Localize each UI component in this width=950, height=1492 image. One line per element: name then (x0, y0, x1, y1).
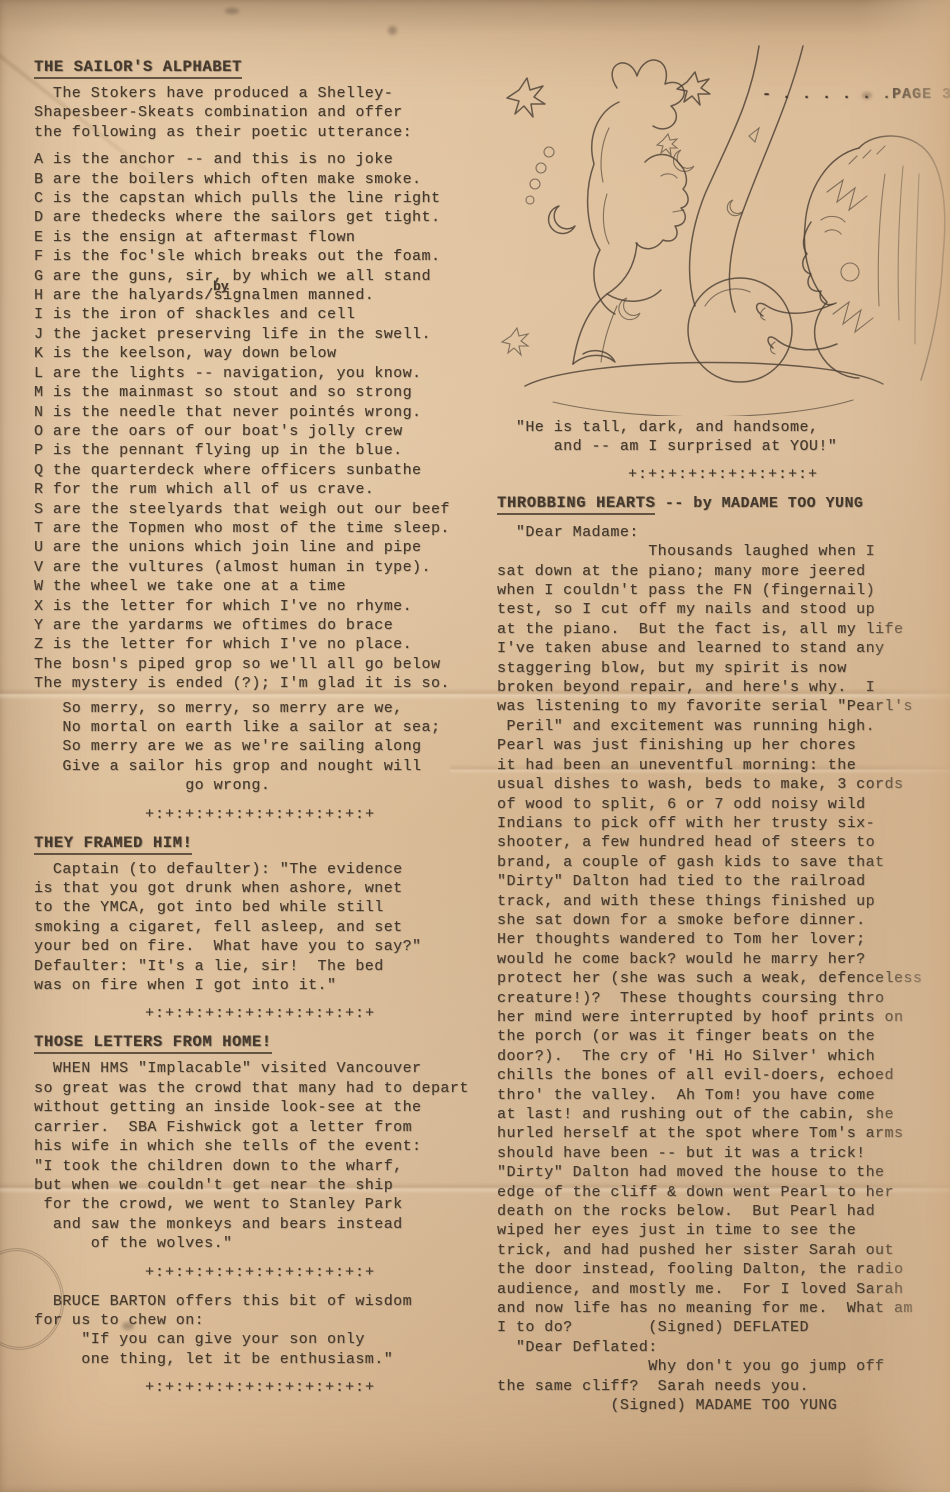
right-column: "He is tall, dark, and handsome, and -- … (497, 44, 949, 1416)
newsletter-page: - . . . . . .PAGE 3 by THE SAILOR'S ALPH… (0, 0, 950, 1492)
alphabet-intro: The Stokers have produced a Shelley-Shap… (34, 84, 486, 142)
typed-line: her mind were interrupted by hoof prints… (497, 1008, 949, 1027)
scarf-zigzag (827, 180, 867, 210)
typed-line: test, so I cut off my nails and stood up (497, 600, 949, 619)
alphabet-chorus: So merry, so merry, so merry are we, No … (34, 699, 486, 796)
typed-line: Y are the yardarms we oftimes do brace (34, 616, 486, 635)
section-throbbing-hearts: THROBBING HEARTS -- by MADAME TOO YUNG "… (497, 494, 949, 1416)
typed-line: when I couldn't pass the FN (fingernail) (497, 581, 949, 600)
typed-line: T are the Topmen who most of the time sl… (34, 519, 486, 538)
typed-line: and -- am I surprised at YOU!" (497, 437, 949, 456)
typed-line: W the wheel we take one at a time (34, 577, 486, 596)
alphabet-poem: A is the anchor -- and this is no jokeB … (34, 150, 486, 693)
typed-line: shooter, a few hundred head of steers to (497, 833, 949, 852)
typed-line: A is the anchor -- and this is no joke (34, 150, 486, 169)
typed-line: Defaulter: "It's a lie, sir! The bed (34, 957, 486, 976)
hearts-body: "Dear Madame: Thousands laughed when Isa… (497, 523, 949, 1416)
typed-line: K is the keelson, way down below (34, 344, 486, 363)
section-title-letters-from-home: THOSE LETTERS FROM HOME! (34, 1033, 272, 1054)
teller-eye (825, 230, 841, 234)
typed-line: The Stokers have produced a Shelley- (34, 84, 486, 103)
typed-line: carrier. SBA Fishwick got a letter from (34, 1118, 486, 1137)
lady-eye (661, 174, 677, 178)
lady-face (636, 155, 688, 249)
typed-line: to the YMCA, got into bed while still (34, 898, 486, 917)
section-bruce-barton: BRUCE BARTON offers this bit of wisdomfo… (34, 1292, 486, 1370)
typed-divider: +:+:+:+:+:+:+:+:+:+:+:+ (34, 1005, 486, 1022)
typed-line: would he come back? would he marry her? (497, 950, 949, 969)
typed-line: L are the lights -- navigation, you know… (34, 364, 486, 383)
typed-line: Give a sailor his grop and nought will (34, 757, 486, 776)
typed-line: V are the vultures (almost human in type… (34, 558, 486, 577)
typed-divider: +:+:+:+:+:+:+:+:+:+:+:+ (34, 1379, 486, 1396)
crystal-ball (688, 278, 792, 382)
letters-body: WHEN HMS "Implacable" visited Vancouvers… (34, 1059, 486, 1253)
lady-hand (573, 351, 615, 364)
typed-line: and saw the monkeys and bears instead (34, 1215, 486, 1234)
typed-line: WHEN HMS "Implacable" visited Vancouver (34, 1059, 486, 1078)
teller-arm (768, 337, 837, 350)
typed-line: I to do? (Signed) DEFLATED (497, 1318, 949, 1337)
typed-line: track, and with these things finished up (497, 892, 949, 911)
lady-bow (612, 60, 684, 129)
typed-line: for the crowd, we went to Stanley Park (34, 1195, 486, 1214)
typed-line: C is the capstan which pulls the line ri… (34, 189, 486, 208)
typed-line: the same cliff? Sarah needs you. (497, 1377, 949, 1396)
typed-line: smoking a cigaret, fell asleep, and set (34, 918, 486, 937)
typed-line: I is the iron of shackles and cell (34, 305, 486, 324)
typed-line: Captain (to defaulter): "The evidence (34, 860, 486, 879)
typed-line: Thousands laughed when I (497, 542, 949, 561)
typed-line: it had been an uneventful morning: the (497, 756, 949, 775)
typed-line: G are the guns, sir, by which we all sta… (34, 267, 486, 286)
typed-line: "Dirty" Dalton had tied to the railroad (497, 872, 949, 891)
section-title-they-framed-him: THEY FRAMED HIM! (34, 834, 192, 855)
typed-divider: +:+:+:+:+:+:+:+:+:+ (497, 466, 949, 483)
typed-line: broken beyond repair, and here's why. I (497, 678, 949, 697)
fortune-teller-cartoon (497, 44, 949, 416)
section-title-throbbing-hearts: THROBBING HEARTS (497, 494, 655, 515)
teller-earring (841, 263, 859, 281)
typed-line: chills the bones of all evil-doers, echo… (497, 1066, 949, 1085)
typed-line: B are the boilers which often make smoke… (34, 170, 486, 189)
typed-line: Why don't you go jump off (497, 1357, 949, 1376)
barton-body: BRUCE BARTON offers this bit of wisdomfo… (34, 1292, 486, 1370)
typed-line: trick, and had pushed her sister Sarah o… (497, 1241, 949, 1260)
typed-line: Q the quarterdeck where officers sunbath… (34, 461, 486, 480)
typed-line: should have been -- but it was a trick! (497, 1144, 949, 1163)
typed-line: J the jacket preserving life in the swel… (34, 325, 486, 344)
typed-line: hurled herself at the spot where Tom's a… (497, 1124, 949, 1143)
typed-line: I've taken abuse and learned to stand an… (497, 639, 949, 658)
bead-chain (526, 147, 554, 204)
typed-line: F is the foc'sle which breaks out the fo… (34, 247, 486, 266)
typed-line: the porch (or was it finger beats on the (497, 1027, 949, 1046)
typed-line: the door instead, fooling Dalton, the ra… (497, 1260, 949, 1279)
star-icon (502, 328, 528, 355)
typed-line: staggering blow, but my spirit is now (497, 659, 949, 678)
typed-line: at last! and rushing out of the cabin, s… (497, 1105, 949, 1124)
typed-line: H are the halyards/signalmen manned. (34, 286, 486, 305)
star-icon (507, 78, 545, 117)
typed-line: "He is tall, dark, and handsome, (497, 418, 949, 437)
typed-line: U are the unions which join line and pip… (34, 538, 486, 557)
typed-line: So merry, so merry, so merry are we, (34, 699, 486, 718)
typed-line: sat down at the piano; many more jeered (497, 562, 949, 581)
ink-smudge (388, 26, 397, 35)
typed-line: (Signed) MADAME TOO YUNG (497, 1396, 949, 1415)
typed-line: at the piano. But the fact is, all my li… (497, 620, 949, 639)
scarf-zigzag (833, 302, 873, 332)
typed-line: E is the ensign at aftermast flown (34, 228, 486, 247)
section-byline: -- by MADAME TOO YUNG (655, 495, 863, 512)
typed-line: Her thoughts wandered to Tom her lover; (497, 930, 949, 949)
typed-line: of wood to split, 6 or 7 odd noisy wild (497, 795, 949, 814)
typed-line: P is the pennant flying up in the blue. (34, 441, 486, 460)
typed-line: R for the rum which all of us crave. (34, 480, 486, 499)
typed-line: of the wolves." (34, 1234, 486, 1253)
typed-line: without getting an inside look-see at th… (34, 1098, 486, 1117)
typed-line: thro' the valley. Ah Tom! you have come (497, 1086, 949, 1105)
section-sailors-alphabet: THE SAILOR'S ALPHABET The Stokers have p… (34, 58, 486, 796)
typed-line: audience, and mostly me. For I loved Sar… (497, 1280, 949, 1299)
typed-line: Peril" and excitement was running high. (497, 717, 949, 736)
typed-line: "I took the children down to the wharf, (34, 1157, 486, 1176)
typed-line: S are the steelyards that weigh out our … (34, 500, 486, 519)
typed-line: "If you can give your son only (34, 1330, 486, 1349)
typed-line: X is the letter for which I've no rhyme. (34, 597, 486, 616)
typed-line: M is the mainmast so stout and so strong (34, 383, 486, 402)
typed-line: edge of the cliff & down went Pearl to h… (497, 1183, 949, 1202)
typed-line: your bed on fire. What have you to say?" (34, 937, 486, 956)
typed-line: one thing, let it be enthusiasm." (34, 1350, 486, 1369)
typed-line: D are thedecks where the sailors get tig… (34, 208, 486, 227)
typed-line: creature!)? These thoughts coursing thro (497, 989, 949, 1008)
lady-hair (588, 102, 619, 314)
typed-line: but when we couldn't get near the ship (34, 1176, 486, 1195)
typed-line: go wrong. (34, 776, 486, 795)
section-title-sailors-alphabet: THE SAILOR'S ALPHABET (34, 58, 242, 79)
typed-line: death on the rocks below. But Pearl had (497, 1202, 949, 1221)
framed-body: Captain (to defaulter): "The evidenceis … (34, 860, 486, 996)
typed-line: Indians to pick off with her trusty six- (497, 814, 949, 833)
star-icon (657, 134, 677, 155)
crescent-moon-icon (549, 206, 575, 234)
ink-smudge (225, 8, 239, 14)
typed-line: Z is the letter for which I've no place. (34, 635, 486, 654)
typed-line: protect her (she was such a weak, defenc… (497, 969, 949, 988)
typed-line: for us to chew on: (34, 1311, 486, 1330)
typed-line: usual dishes to wash, beds to make, 3 co… (497, 775, 949, 794)
drape (690, 46, 759, 306)
typed-line: O are the oars of our boat's jolly crew (34, 422, 486, 441)
top-edge-smudge (0, 0, 950, 34)
typed-line: door?). The cry of 'Hi Ho Silver' which (497, 1047, 949, 1066)
typed-divider: +:+:+:+:+:+:+:+:+:+:+:+ (34, 806, 486, 823)
section-letters-from-home: THOSE LETTERS FROM HOME! WHEN HMS "Impla… (34, 1033, 486, 1253)
typed-line: so great was the crowd that many had to … (34, 1079, 486, 1098)
typed-line: she sat down for a smoke before dinner. (497, 911, 949, 930)
typed-line: wiped her eyes just in time to see the (497, 1221, 949, 1240)
typed-divider: +:+:+:+:+:+:+:+:+:+:+:+ (34, 1264, 486, 1281)
cartoon-caption: "He is tall, dark, and handsome, and -- … (497, 418, 949, 457)
typed-line: was listening to my favorite serial "Pea… (497, 697, 949, 716)
typed-line: Pearl was just finishing up her chores (497, 736, 949, 755)
typed-line: is that you got drunk when ashore, wnet (34, 879, 486, 898)
typed-line: brand, a couple of gash kids to save tha… (497, 853, 949, 872)
typed-line: and now life has no meaning for me. What… (497, 1299, 949, 1318)
section-they-framed-him: THEY FRAMED HIM! Captain (to defaulter):… (34, 834, 486, 996)
typed-line: "Dirty" Dalton had moved the house to th… (497, 1163, 949, 1182)
drape (729, 46, 803, 312)
typed-line: BRUCE BARTON offers this bit of wisdom (34, 1292, 486, 1311)
typed-line: So merry are we as we're sailing along (34, 737, 486, 756)
typed-line: No mortal on earth like a sailor at sea; (34, 718, 486, 737)
typed-line: The mystery is ended (?); I'm glad it is… (34, 674, 486, 693)
typed-line: the following as their poetic utterance: (34, 123, 486, 142)
typed-line: The bosn's piped grop so we'll all go be… (34, 655, 486, 674)
typed-line: N is the needle that never pointés wrong… (34, 403, 486, 422)
typed-line: "Dear Madame: (497, 523, 949, 542)
left-column: THE SAILOR'S ALPHABET The Stokers have p… (34, 58, 486, 1407)
typed-line: his wife in which she tells of the event… (34, 1137, 486, 1156)
typed-line: "Dear Deflated: (497, 1338, 949, 1357)
typed-line: Shapesbeer-Skeats combination and offer (34, 103, 486, 122)
typed-line: was on fire when I got into it." (34, 976, 486, 995)
